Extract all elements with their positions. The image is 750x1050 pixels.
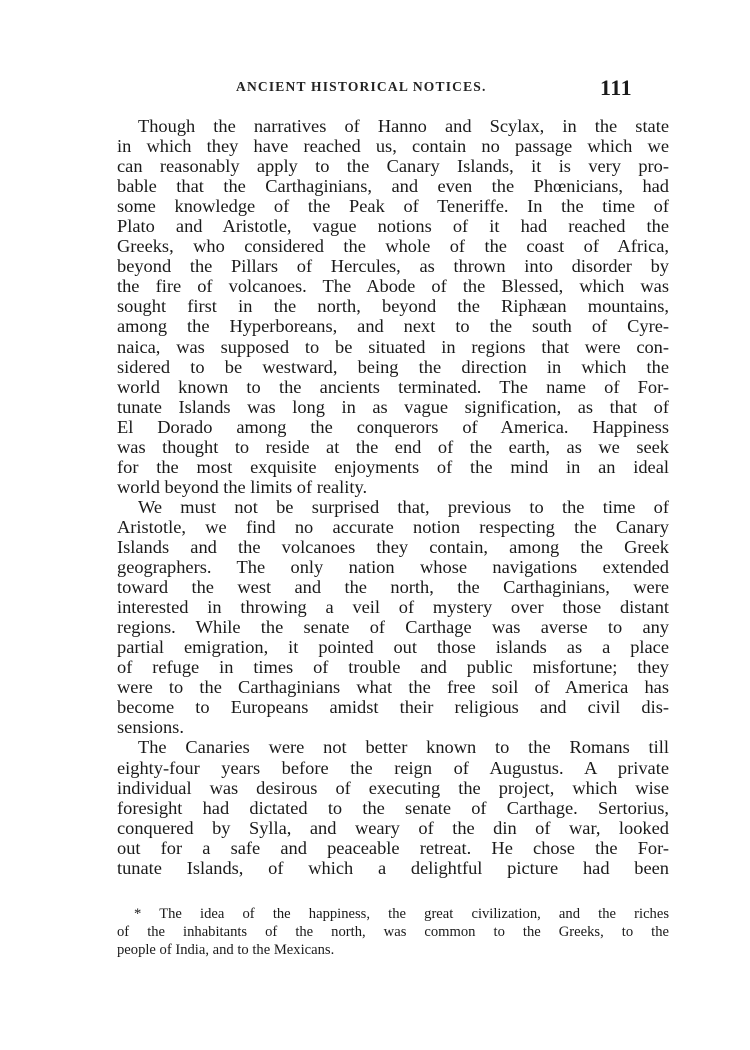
paragraph-3-line: out for a safe and peaceable retreat. He…	[117, 838, 669, 858]
paragraph-3-line: eighty-four years before the reign of Au…	[117, 758, 669, 778]
paragraph-2-line: of refuge in times of trouble and public…	[117, 657, 669, 677]
paragraph-2-line: We must not be surprised that, previous …	[117, 497, 669, 517]
paragraph-2-line: geographers. The only nation whose navig…	[117, 557, 669, 577]
paragraph-1-line: Though the narratives of Hanno and Scyla…	[117, 116, 669, 136]
paragraph-3-line: individual was desirous of executing the…	[117, 778, 669, 798]
paragraph-1-line: for the most exquisite enjoyments of the…	[117, 457, 669, 477]
paragraph-1-line: bable that the Carthaginians, and even t…	[117, 176, 669, 196]
paragraph-2-line: regions. While the senate of Carthage wa…	[117, 617, 669, 637]
footnote-line: of the inhabitants of the north, was com…	[117, 923, 669, 941]
paragraph-2-line: toward the west and the north, the Carth…	[117, 577, 669, 597]
paragraph-2-line: partial emigration, it pointed out those…	[117, 637, 669, 657]
paragraph-2-line: sensions.	[117, 717, 669, 737]
paragraph-1-line: world known to the ancients terminated. …	[117, 377, 669, 397]
paragraph-3-line: tunate Islands, of which a delightful pi…	[117, 858, 669, 878]
paragraph-1-line: sidered to be westward, being the direct…	[117, 357, 669, 377]
footnote: * The idea of the happiness, the great c…	[117, 905, 669, 959]
paragraph-3-line: foresight had dictated to the senate of …	[117, 798, 669, 818]
paragraph-1-line: can reasonably apply to the Canary Islan…	[117, 156, 669, 176]
paragraph-1-line: Greeks, who considered the whole of the …	[117, 236, 669, 256]
paragraph-1-line: tunate Islands was long in as vague sign…	[117, 397, 669, 417]
paragraph-2-line: become to Europeans amidst their religio…	[117, 697, 669, 717]
footnote-line: * The idea of the happiness, the great c…	[117, 905, 669, 923]
paragraph-1-line: naica, was supposed to be situated in re…	[117, 337, 669, 357]
paragraph-1-line: was thought to reside at the end of the …	[117, 437, 669, 457]
paragraph-1-line: world beyond the limits of reality.	[117, 477, 669, 497]
paragraph-2-line: interested in throwing a veil of mystery…	[117, 597, 669, 617]
paragraph-2-line: Islands and the volcanoes they contain, …	[117, 537, 669, 557]
paragraph-3-line: conquered by Sylla, and weary of the din…	[117, 818, 669, 838]
paragraph-3-line: The Canaries were not better known to th…	[117, 737, 669, 757]
footnote-line: people of India, and to the Mexicans.	[117, 941, 669, 959]
paragraph-1-line: beyond the Pillars of Hercules, as throw…	[117, 256, 669, 276]
book-page: ANCIENT HISTORICAL NOTICES. 111 Though t…	[0, 0, 750, 1050]
paragraph-1-line: El Dorado among the conquerors of Americ…	[117, 417, 669, 437]
paragraph-2-line: were to the Carthaginians what the free …	[117, 677, 669, 697]
running-title: ANCIENT HISTORICAL NOTICES.	[236, 79, 566, 95]
body-text: Though the narratives of Hanno and Scyla…	[117, 116, 669, 878]
paragraph-1-line: sought first in the north, beyond the Ri…	[117, 296, 669, 316]
paragraph-1-line: among the Hyperboreans, and next to the …	[117, 316, 669, 336]
paragraph-1-line: the fire of volcanoes. The Abode of the …	[117, 276, 669, 296]
paragraph-1-line: Plato and Aristotle, vague notions of it…	[117, 216, 669, 236]
page-number: 111	[600, 75, 632, 101]
paragraph-1-line: some knowledge of the Peak of Teneriffe.…	[117, 196, 669, 216]
paragraph-1-line: in which they have reached us, contain n…	[117, 136, 669, 156]
paragraph-2-line: Aristotle, we find no accurate notion re…	[117, 517, 669, 537]
